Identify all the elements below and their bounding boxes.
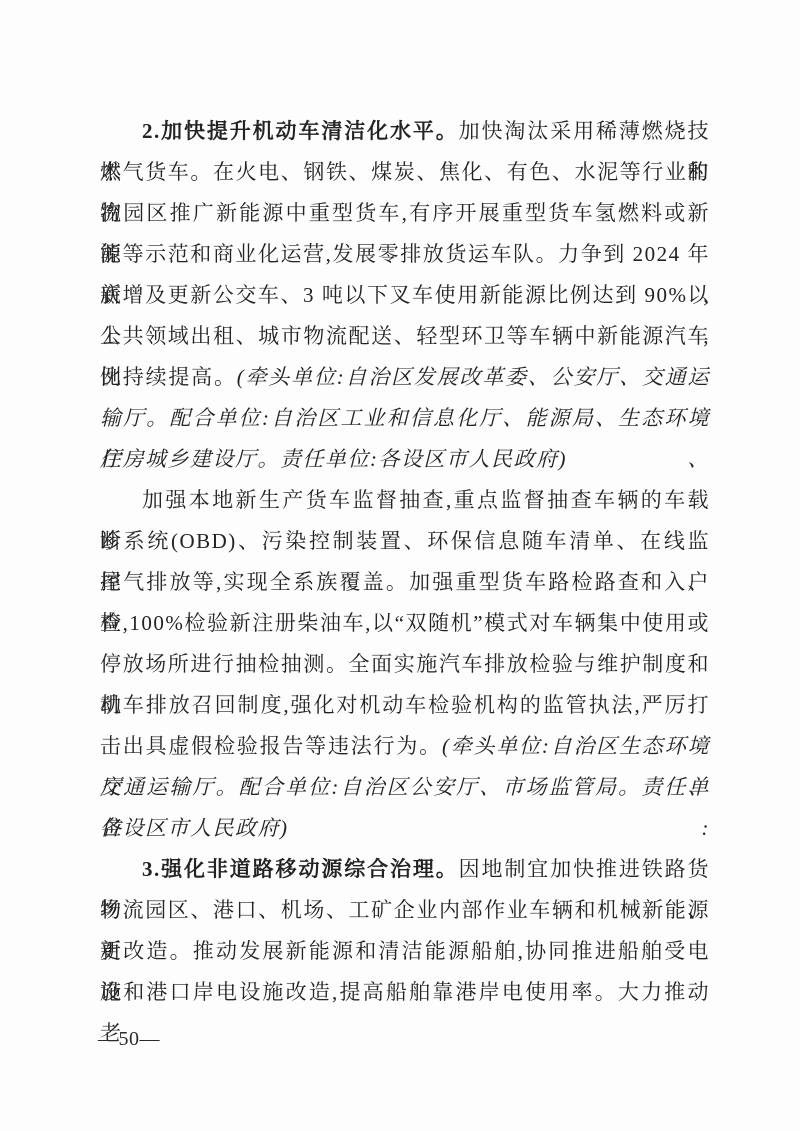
document-page: { "colors": { "paper": "#fdfdfd", "ink":… xyxy=(0,0,800,1131)
body-segment: 动车排放召回制度,强化对机动车检验机构的监管执法,严厉打 xyxy=(100,693,710,717)
text-line: 例持续提高。(牵头单位:自治区发展改革委、公安厅、交通运 xyxy=(100,357,710,398)
page: 2.加快提升机动车清洁化水平。加快淘汰采用稀薄燃烧技术的燃气货车。在火电、钢铁、… xyxy=(0,0,800,1131)
text-line: 动车排放召回制度,强化对机动车检验机构的监管执法,严厉打 xyxy=(100,685,710,726)
text-line: 交通运输厅。配合单位:自治区公安厅、市场监管局。责任单位: xyxy=(100,767,710,808)
text-line: 源等示范和商业化运营,发展零排放货运车队。力争到 2024 年底, xyxy=(100,234,710,275)
text-line: 加强本地新生产货车监督抽查,重点监督抽查车辆的车载诊 xyxy=(100,480,710,521)
text-line: 流园区推广新能源中重型货车,有序开展重型货车氢燃料或新能 xyxy=(100,193,710,234)
responsibility-note-segment: 各设区市人民政府) xyxy=(100,816,289,840)
text-line: 公共领域出租、城市物流配送、轻型环卫等车辆中新能源汽车比 xyxy=(100,316,710,357)
body-text: 2.加快提升机动车清洁化水平。加快淘汰采用稀薄燃烧技术的燃气货车。在火电、钢铁、… xyxy=(100,111,710,1013)
bold-heading-segment: 2.加快提升机动车清洁化水平。 xyxy=(142,119,459,143)
text-line: 3.强化非道路移动源综合治理。因地制宜加快推进铁路货场、 xyxy=(100,849,710,890)
text-line: 查,100%检验新注册柴油车,以“双随机”模式对车辆集中使用或 xyxy=(100,603,710,644)
bold-heading-segment: 3.强化非道路移动源综合治理。 xyxy=(142,857,459,881)
text-line: 停放场所进行抽检抽测。全面实施汽车排放检验与维护制度和机 xyxy=(100,644,710,685)
text-line: 新改造。推动发展新能源和清洁能源船舶,协同推进船舶受电设 xyxy=(100,931,710,972)
responsibility-note-segment: (牵头单位:自治区发展改革委、公安厅、交通运 xyxy=(237,365,710,389)
text-line: 断系统(OBD)、污染控制装置、环保信息随车清单、在线监控、 xyxy=(100,521,710,562)
text-line: 击出具虚假检验报告等违法行为。(牵头单位:自治区生态环境厅、 xyxy=(100,726,710,767)
body-segment: 例持续提高。 xyxy=(100,365,237,389)
body-segment: 查,100%检验新注册柴油车,以“双随机”模式对车辆集中使用或 xyxy=(100,611,710,635)
body-segment: 击出具虚假检验报告等违法行为。 xyxy=(100,734,442,758)
text-line: 尾气排放等,实现全系族覆盖。加强重型货车路检路查和入户检 xyxy=(100,562,710,603)
text-line: 2.加快提升机动车清洁化水平。加快淘汰采用稀薄燃烧技术的 xyxy=(100,111,710,152)
text-line: 施和港口岸电设施改造,提高船舶靠港岸电使用率。大力推动老 xyxy=(100,972,710,1013)
responsibility-note-segment: 住房城乡建设厅。责任单位:各设区市人民政府) xyxy=(100,447,567,471)
text-line: 燃气货车。在火电、钢铁、煤炭、焦化、有色、水泥等行业和物 xyxy=(100,152,710,193)
text-line: 新增及更新公交车、3 吨以下叉车使用新能源比例达到 90%以上, xyxy=(100,275,710,316)
body-segment: 施和港口岸电设施改造,提高船舶靠港岸电使用率。大力推动老 xyxy=(100,980,710,1045)
text-line: 物流园区、港口、机场、工矿企业内部作业车辆和机械新能源更 xyxy=(100,890,710,931)
page-number: —50— xyxy=(98,1026,160,1052)
text-line: 输厅。配合单位:自治区工业和信息化厅、能源局、生态环境厅、 xyxy=(100,398,710,439)
